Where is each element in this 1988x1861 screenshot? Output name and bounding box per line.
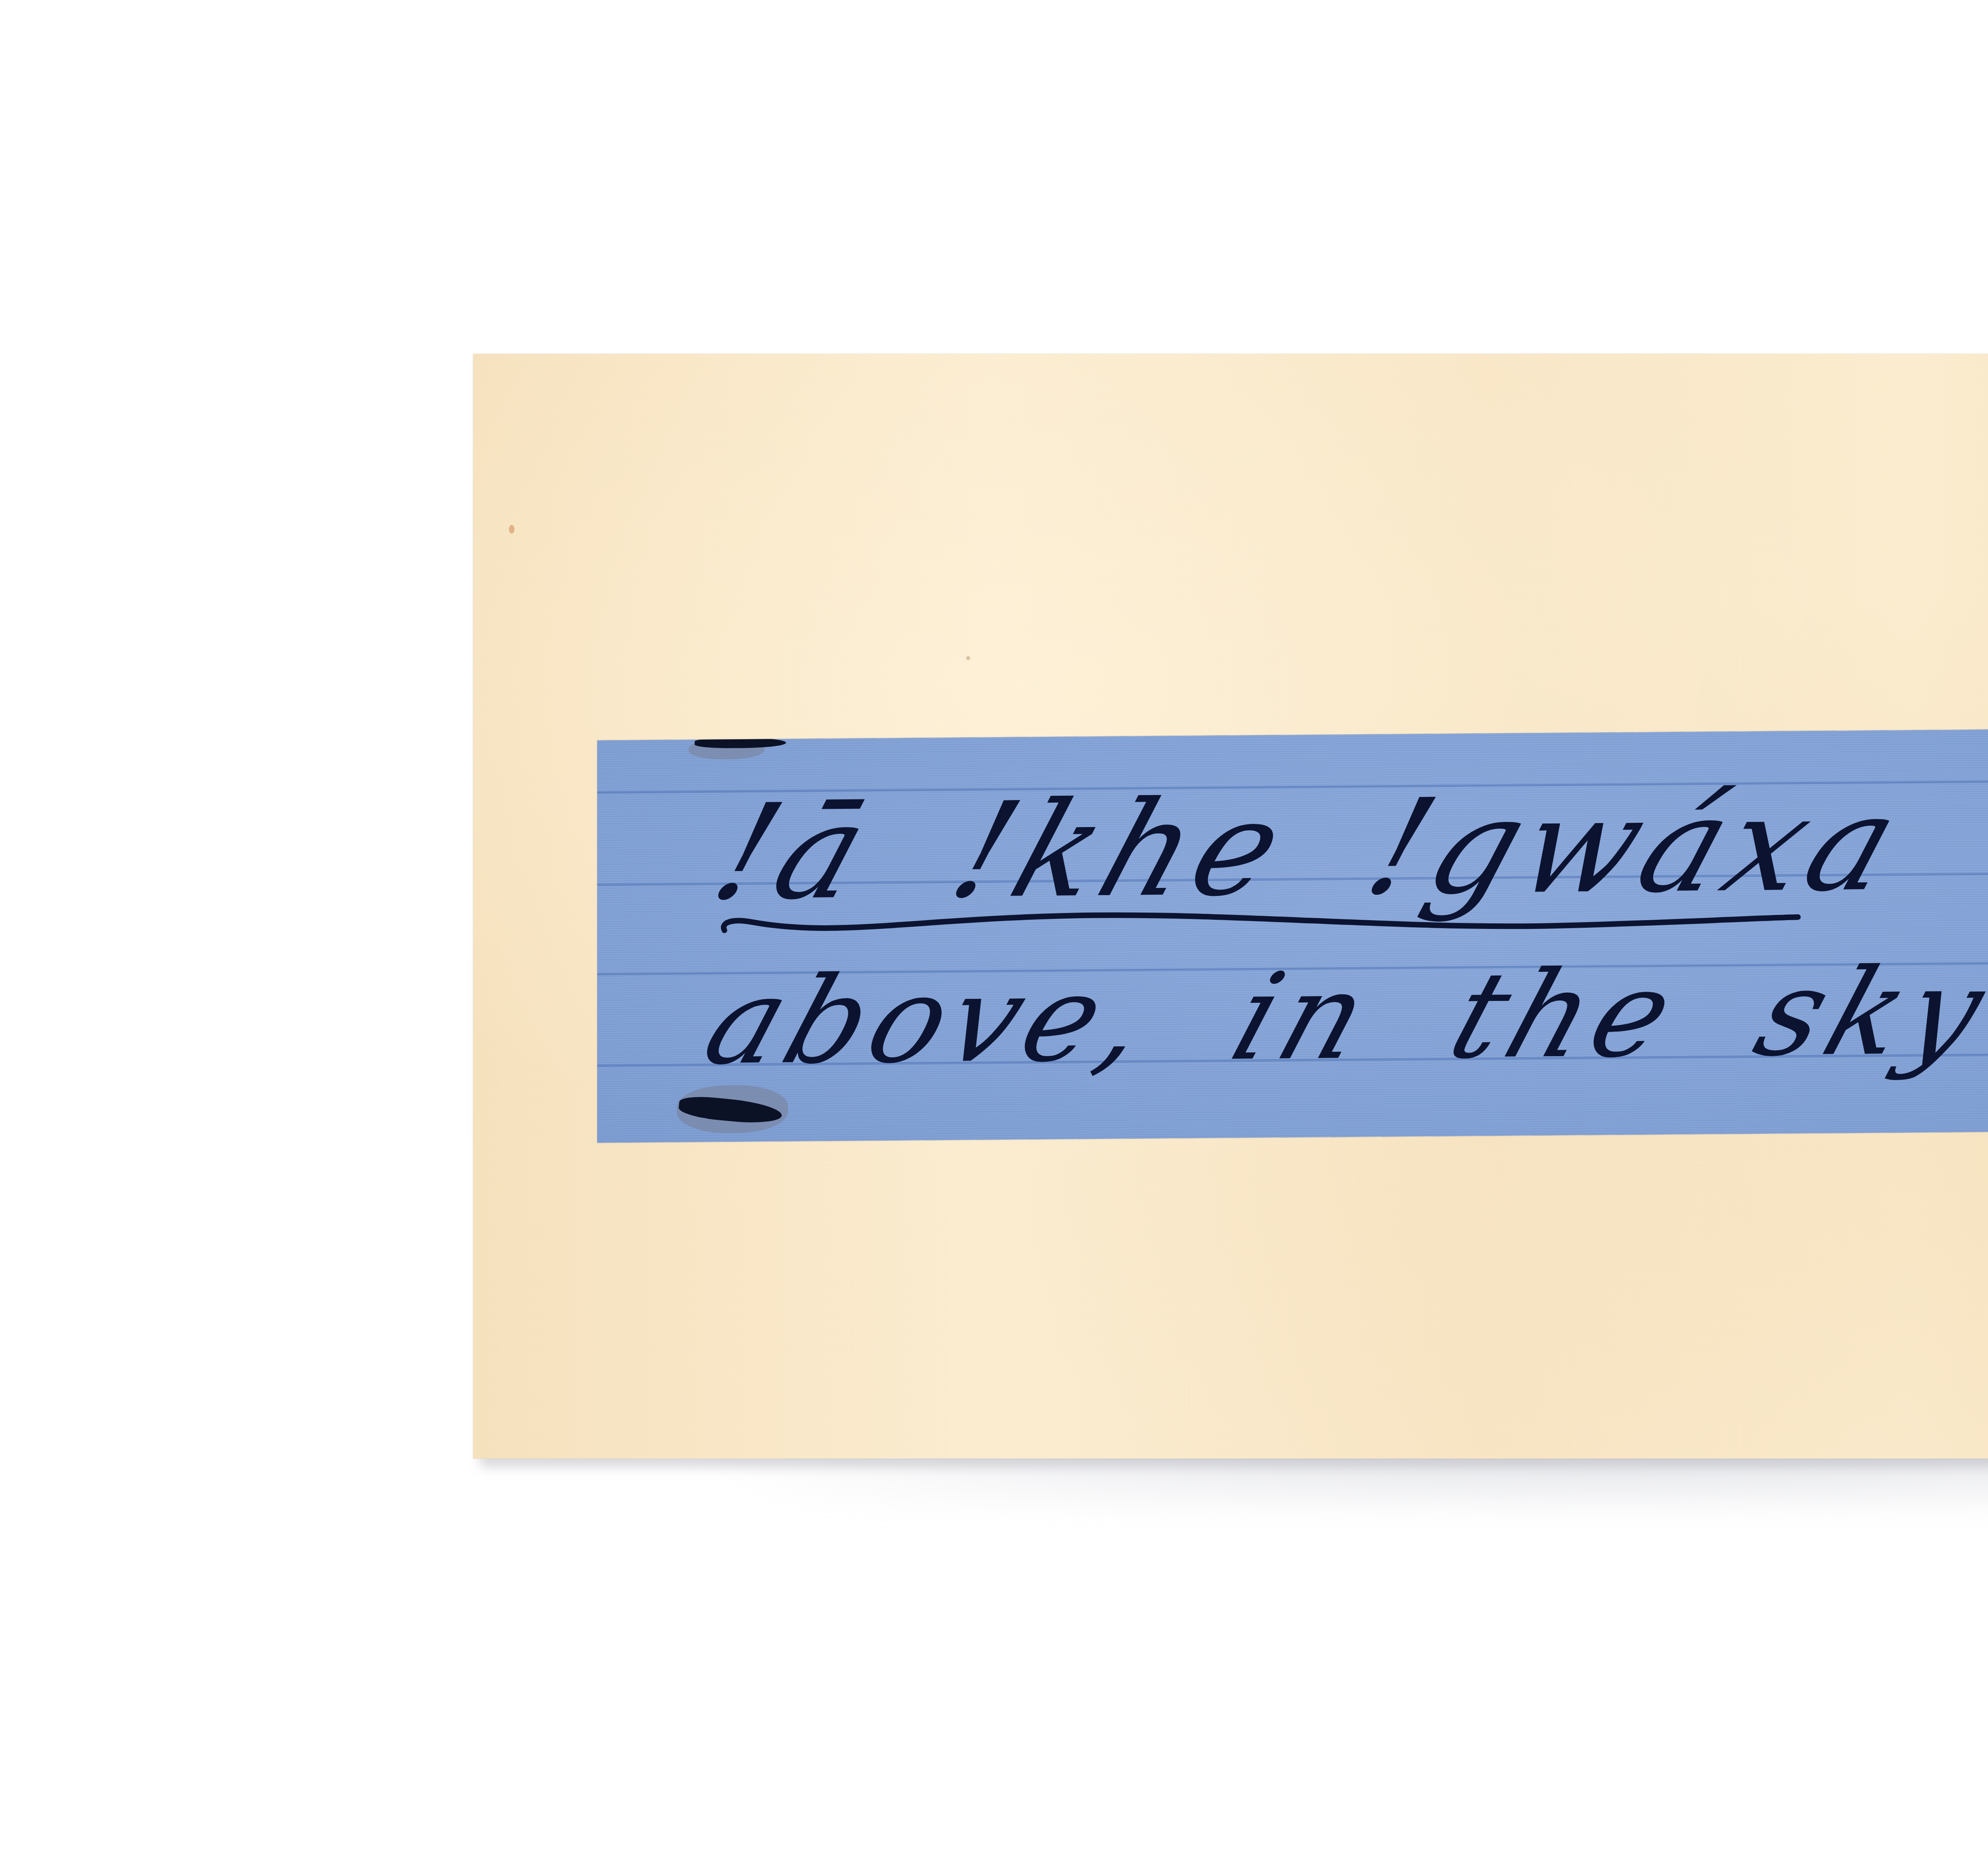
word: !gwáxa	[1354, 778, 1919, 913]
paper-speck	[966, 656, 970, 660]
word: above,	[693, 959, 1169, 1082]
word: "Stand	[1969, 773, 1988, 909]
ink-blot-top	[695, 737, 786, 748]
word: sky"	[1743, 952, 1988, 1073]
word: the	[1438, 954, 1693, 1076]
photo-background: !ā !khe !gwáxa "Stand above, in the sky"…	[0, 0, 1988, 1861]
handwritten-line-2: above, in the sky" 1875.	[693, 948, 1988, 1082]
paper-speck	[509, 525, 514, 534]
word: !ā	[701, 786, 889, 919]
word: !khe	[938, 783, 1304, 917]
mount-card: !ā !khe !gwáxa "Stand above, in the sky"…	[473, 354, 1988, 1459]
word: in	[1219, 957, 1388, 1077]
handwritten-line-1: !ā !khe !gwáxa "Stand	[701, 773, 1988, 918]
blue-paper-strip: !ā !khe !gwáxa "Stand above, in the sky"…	[597, 727, 1988, 1143]
